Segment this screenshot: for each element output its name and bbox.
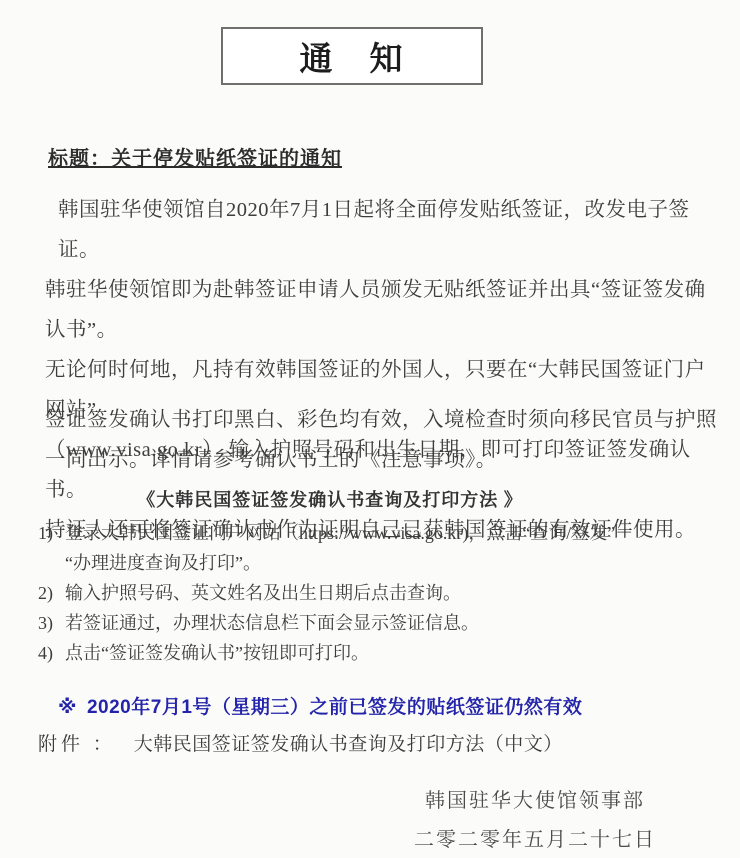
step-item-continuation: “办理进度查询及打印”。 [38, 548, 718, 578]
step-text: 点击“签证签发确认书”按钮即可打印。 [65, 643, 369, 663]
validity-note-text: 2020年7月1号（星期三）之前已签发的贴纸签证仍然有效 [87, 697, 582, 718]
signature-block: 韩国驻华大使馆领事部 二零二零年五月二十七日 [414, 782, 656, 858]
attachment-label: 附件 ： [38, 734, 116, 755]
step-text: 登录大韩民国签证门户网站（https://www.visa.go.kr)，点击“… [65, 523, 633, 543]
signature-organization: 韩国驻华大使馆领事部 [414, 782, 656, 821]
steps-list: 1)登录大韩民国签证门户网站（https://www.visa.go.kr)，点… [38, 518, 718, 668]
validity-note: ※2020年7月1号（星期三）之前已签发的贴纸签证仍然有效 [58, 692, 582, 719]
paragraph-line: 韩国驻华使领馆自2020年7月1日起将全面停发贴纸签证，改发电子签证。 [45, 190, 720, 270]
notice-title-box: 通 知 [221, 27, 483, 85]
paragraph-line: 签证签发确认书打印黑白、彩色均有效，入境检查时须向移民官员与护照 [45, 400, 720, 440]
attachment-line: 附件 ：大韩民国签证签发确认书查询及打印方法（中文） [38, 729, 563, 756]
step-text: 若签证通过，办理状态信息栏下面会显示签证信息。 [65, 613, 479, 633]
step-number: 4) [38, 638, 65, 668]
step-text: 输入护照号码、英文姓名及出生日期后点击查询。 [65, 583, 461, 603]
step-number: 3) [38, 608, 65, 638]
paragraph-validity: 签证签发确认书打印黑白、彩色均有效，入境检查时须向移民官员与护照 一同出示。详情… [45, 400, 720, 480]
paragraph-line: 韩驻华使领馆即为赴韩签证申请人员颁发无贴纸签证并出具“签证签发确认书”。 [45, 270, 720, 350]
step-item: 1)登录大韩民国签证门户网站（https://www.visa.go.kr)，点… [38, 518, 718, 548]
notice-document: 通 知 标题：关于停发贴纸签证的通知 韩国驻华使领馆自2020年7月1日起将全面… [0, 0, 740, 858]
step-item: 3)若签证通过，办理状态信息栏下面会显示签证信息。 [38, 608, 718, 638]
step-item: 2)输入护照号码、英文姓名及出生日期后点击查询。 [38, 578, 718, 608]
step-number: 1) [38, 518, 65, 548]
step-number: 2) [38, 578, 65, 608]
reference-mark-icon: ※ [58, 697, 77, 718]
notice-title: 通 知 [300, 33, 405, 80]
paragraph-line: 一同出示。详情请参考确认书上的《注意事项》。 [45, 440, 720, 480]
signature-date: 二零二零年五月二十七日 [414, 821, 656, 858]
step-item: 4)点击“签证签发确认书”按钮即可打印。 [38, 638, 718, 668]
method-heading: 《大韩民国签证签发确认书查询及打印方法 》 [0, 486, 660, 512]
attachment-text: 大韩民国签证签发确认书查询及打印方法（中文） [134, 734, 563, 755]
notice-subject: 标题：关于停发贴纸签证的通知 [48, 142, 342, 171]
